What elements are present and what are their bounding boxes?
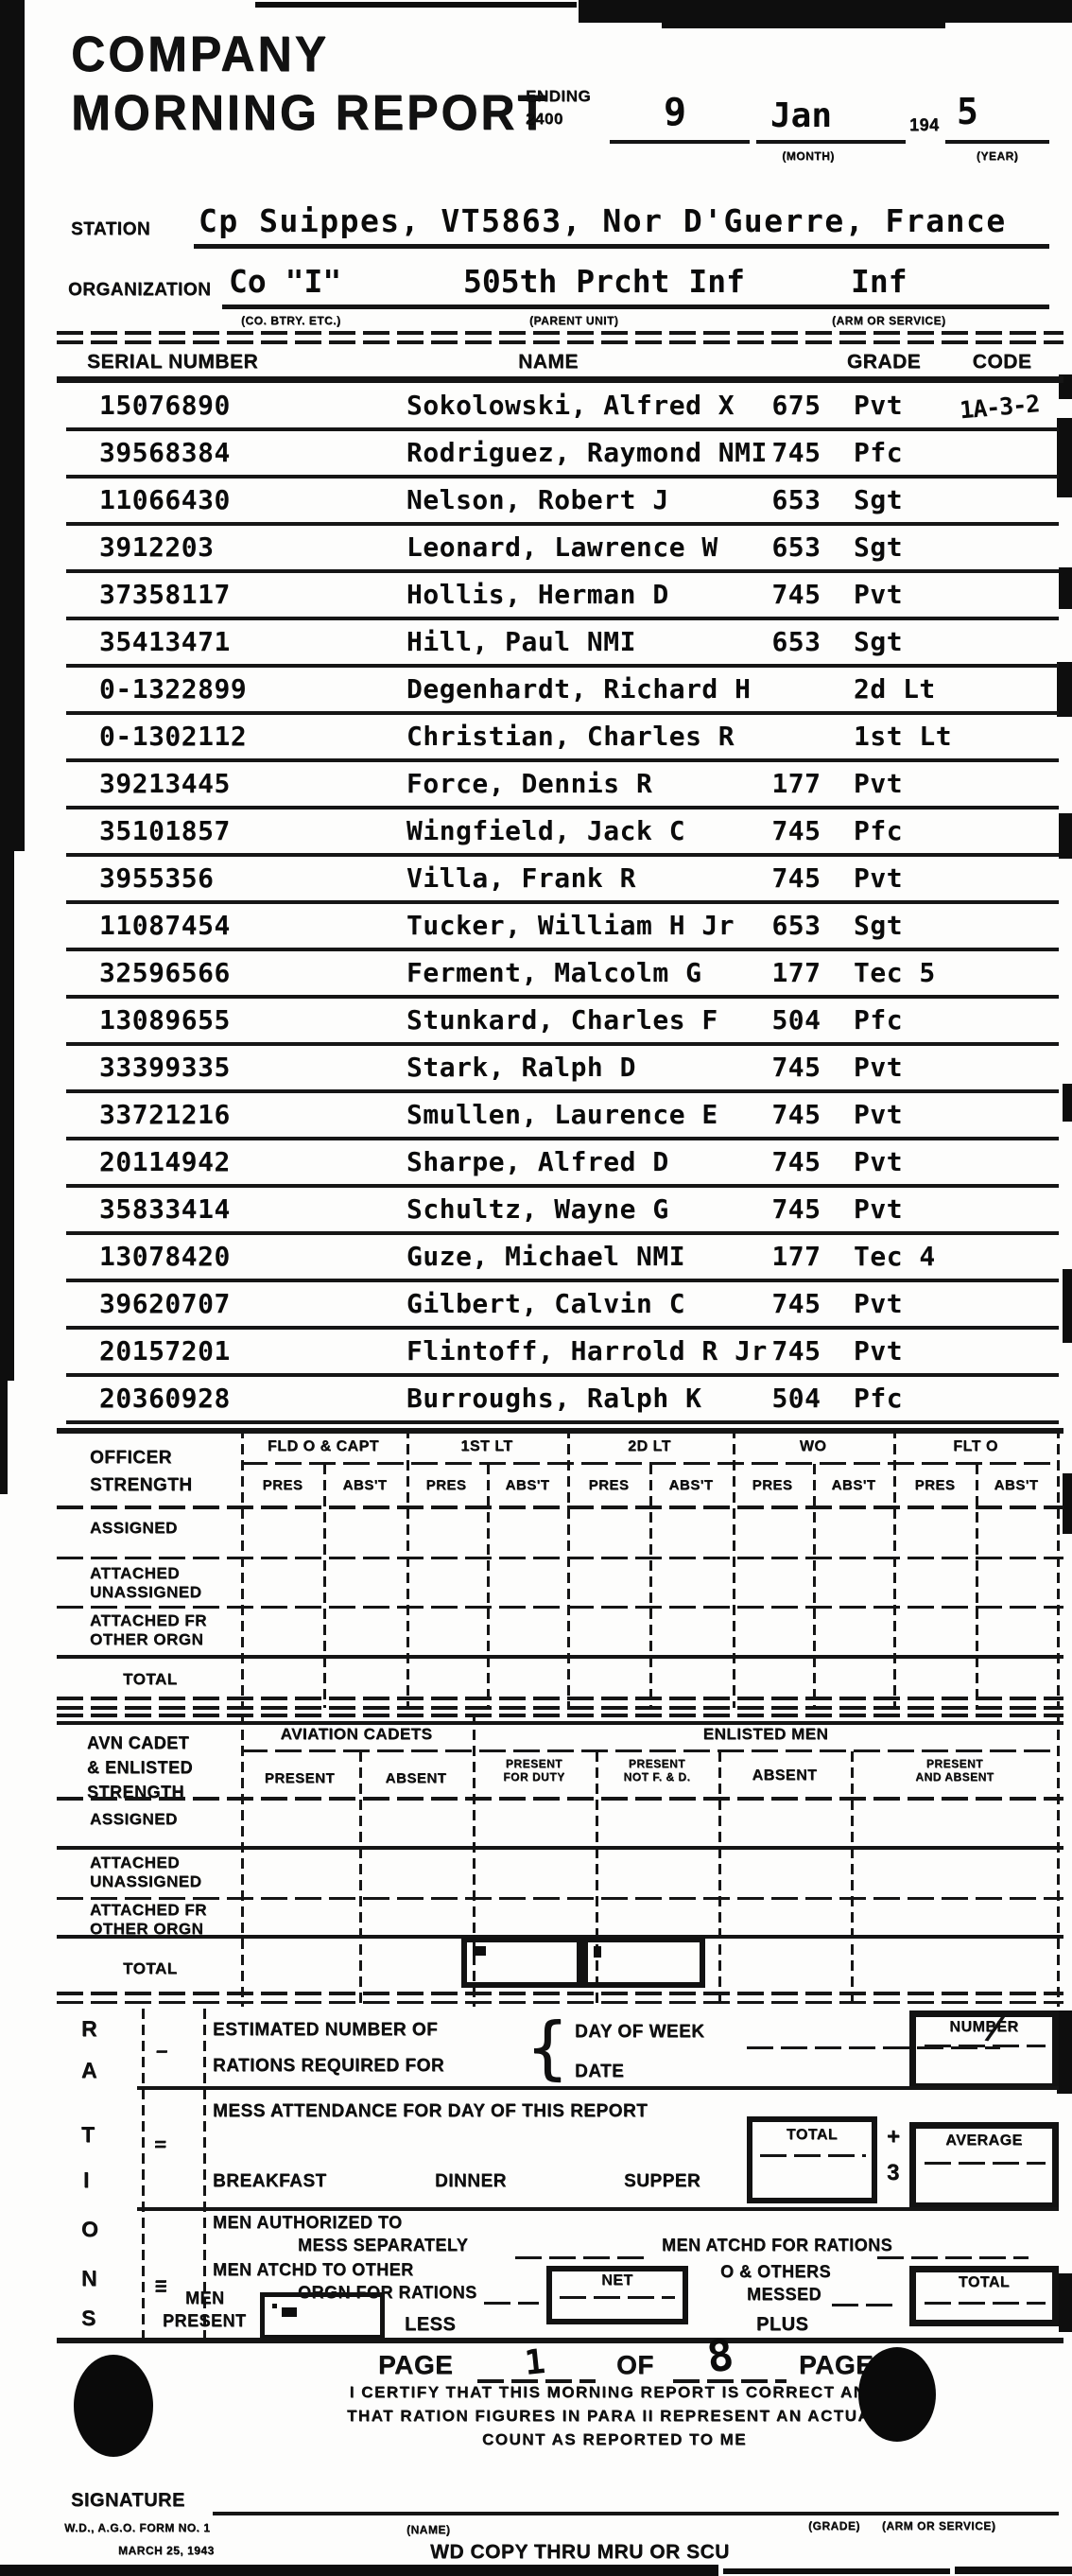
mos-cell: 177 <box>756 1244 837 1270</box>
form-date-caption: MARCH 25, 1943 <box>118 2544 215 2557</box>
enlisted-sub-divider <box>851 1751 854 2007</box>
table-row: 13089655 Stunkard, Charles F 504 Pfc <box>66 999 1059 1046</box>
total-row-handdrawn-box2 <box>582 1937 705 1988</box>
enlisted-sub-divider <box>359 1751 362 2007</box>
enlisted-sub-present-and-absent: PRESENT AND ABSENT <box>889 1757 1021 1784</box>
table-row: 39620707 Gilbert, Calvin C 745 Pvt <box>66 1282 1059 1330</box>
rations-letter-r: R <box>81 2016 97 2043</box>
mos-cell: 745 <box>756 1291 837 1317</box>
mos-cell: 745 <box>756 1149 837 1175</box>
mess-separately-label: MESS SEPARATELY <box>298 2236 468 2256</box>
enlisted-row-rule <box>57 1846 1063 1850</box>
company-caption: (CO. BTRY. ETC.) <box>241 314 341 327</box>
estimated-rations-line2: RATIONS REQUIRED FOR <box>213 2056 444 2078</box>
officer-sub-pres: PRES <box>240 1477 325 1494</box>
serial-number-cell: 32596566 <box>66 960 406 986</box>
grade-cell: Tec 5 <box>837 960 960 986</box>
name-cell: Force, Dennis R <box>406 771 756 797</box>
punch-hole-right <box>858 2347 936 2442</box>
officer-row-rule <box>57 1655 1063 1659</box>
mos-cell: 177 <box>756 771 837 797</box>
enlisted-row-rule <box>57 1897 1063 1900</box>
scan-artifact-right-nub <box>1063 1473 1072 1534</box>
month-caption: (MONTH) <box>747 149 870 163</box>
code-cell: 1A-3-2 <box>959 390 1060 422</box>
grade-cell: Sgt <box>837 534 960 561</box>
roster-header-rule <box>57 376 1063 383</box>
name-cell: Gilbert, Calvin C <box>406 1291 756 1317</box>
grade-cell: Tec 4 <box>837 1244 960 1270</box>
table-row: 32596566 Ferment, Malcolm G 177 Tec 5 <box>66 951 1059 999</box>
grade-cell: 1st Lt <box>837 723 960 750</box>
grade-cell: Pvt <box>837 1196 960 1223</box>
serial-number-cell: 35833414 <box>66 1196 406 1223</box>
grade-cell: Pvt <box>837 392 960 419</box>
rations-letter-s: S <box>81 2306 96 2332</box>
table-row: 33399335 Stark, Ralph D 745 Pvt <box>66 1046 1059 1093</box>
ending-label: ENDING <box>526 87 591 106</box>
officer-row-rule <box>57 1557 1063 1559</box>
officer-col-divider <box>733 1428 735 1708</box>
table-row: 13078420 Guze, Michael NMI 177 Tec 4 <box>66 1235 1059 1282</box>
net-box-line <box>560 2296 675 2299</box>
enlisted-sub-present-for-duty: PRESENT FOR DUTY <box>477 1757 591 1784</box>
men-present-box <box>260 2292 385 2340</box>
serial-number-cell: 35413471 <box>66 629 406 655</box>
morning-report-document: COMPANY MORNING REPORT ENDING 2400 9 Jan… <box>0 0 1072 2576</box>
breakfast-label: BREAKFAST <box>213 2171 327 2193</box>
officer-group-wo: WO <box>737 1437 889 1455</box>
year-caption: (YEAR) <box>945 149 1049 163</box>
o-and-others-label: O & OTHERS <box>720 2262 831 2283</box>
scan-artifact-left-strip <box>0 0 25 851</box>
table-row: 35101857 Wingfield, Jack C 745 Pfc <box>66 809 1059 857</box>
number-box-label: NUMBER <box>909 2018 1059 2036</box>
serial-number-cell: 33399335 <box>66 1054 406 1081</box>
punch-hole-left <box>74 2355 153 2457</box>
organization-parent-entry: 505th Prcht Inf <box>463 263 745 300</box>
table-row: 35833414 Schultz, Wayne G 745 Pvt <box>66 1188 1059 1235</box>
name-cell: Ferment, Malcolm G <box>406 960 756 986</box>
orgn-for-rations-line <box>484 2302 539 2305</box>
officer-sub-divider <box>813 1464 816 1708</box>
signature-line <box>213 2512 1059 2515</box>
enlisted-sub-present-not-fd: PRESENT NOT F. & D. <box>598 1757 716 1784</box>
men-label: MEN <box>185 2289 225 2309</box>
officer-sub-divider <box>976 1464 978 1708</box>
rations-letter-n: N <box>81 2266 97 2292</box>
name-cell: Villa, Frank R <box>406 865 756 892</box>
form-title-line2: MORNING REPORT <box>71 84 549 142</box>
mos-cell: 504 <box>756 1385 837 1412</box>
serial-number-cell: 11087454 <box>66 913 406 939</box>
scan-artifact-top-bar <box>579 0 1072 23</box>
men-present-box-dot <box>272 2304 277 2308</box>
scan-artifact-bottom-strip3 <box>955 2567 1072 2574</box>
ending-time-label: 2400 <box>526 110 563 129</box>
officer-sub-divider <box>649 1464 652 1708</box>
date-year-entry: 5 <box>957 91 978 132</box>
name-cell: Burroughs, Ralph K <box>406 1385 756 1412</box>
scan-artifact-top-thin <box>255 2 577 8</box>
handdrawn-box-mark <box>473 1946 486 1956</box>
scan-artifact-right-nub <box>1063 1269 1072 1343</box>
officer-col-divider <box>893 1428 896 1708</box>
organization-label: ORGANIZATION <box>68 280 211 302</box>
grade-arm-caption: (GRADE) (ARM OR SERVICE) <box>808 2519 995 2532</box>
officer-sub-pres: PRES <box>566 1477 651 1494</box>
organization-underline <box>222 305 1049 309</box>
handdrawn-box-mark <box>594 1946 601 1958</box>
mos-cell: 745 <box>756 865 837 892</box>
serial-number-cell: 39568384 <box>66 440 406 466</box>
scan-artifact-right-nub <box>1057 418 1072 497</box>
date-field-label: DATE <box>575 2062 624 2083</box>
men-atchd-for-rations-label: MEN ATCHD FOR RATIONS <box>662 2236 892 2256</box>
rations-section-ii: II <box>150 2140 168 2150</box>
mos-cell: 745 <box>756 1196 837 1223</box>
serial-number-cell: 39213445 <box>66 771 406 797</box>
rations-total-box-line <box>925 2302 1046 2305</box>
grade-cell: Pvt <box>837 1149 960 1175</box>
rations-total-box-label: TOTAL <box>909 2273 1059 2291</box>
total-row-handdrawn-box1 <box>461 1937 582 1988</box>
officer-sub-abst: ABS'T <box>485 1477 570 1494</box>
mess-total-box-line <box>760 2154 866 2157</box>
grade-cell: Pvt <box>837 865 960 892</box>
officer-sub-abst: ABS'T <box>648 1477 734 1494</box>
table-row: 3955356 Villa, Frank R 745 Pvt <box>66 857 1059 904</box>
table-row: 0-1322899 Degenhardt, Richard H 2d Lt <box>66 668 1059 715</box>
arm-service-caption: (ARM OR SERVICE) <box>832 314 945 327</box>
serial-number-cell: 33721216 <box>66 1102 406 1128</box>
supper-label: SUPPER <box>624 2171 700 2193</box>
date-month-entry: Jan <box>770 96 832 135</box>
roster-top-rule1 <box>57 331 1063 335</box>
officer-table-bottom-rule2 <box>57 1706 1063 1710</box>
table-row: 11087454 Tucker, William H Jr 653 Sgt <box>66 904 1059 951</box>
serial-number-cell: 3912203 <box>66 534 406 561</box>
mos-cell: 745 <box>756 1338 837 1365</box>
enlisted-strength-label: AVN CADET & ENLISTED STRENGTH <box>87 1731 193 1804</box>
men-authorized-label: MEN AUTHORIZED TO <box>213 2213 403 2234</box>
name-cell: Stunkard, Charles F <box>406 1007 756 1034</box>
average-box-label: AVERAGE <box>909 2132 1059 2150</box>
name-cell: Guze, Michael NMI <box>406 1244 756 1270</box>
enlisted-subheader-rule <box>57 1797 1063 1801</box>
pages-total-entry: 8 <box>703 2328 736 2382</box>
grade-cell: Pvt <box>837 771 960 797</box>
scan-artifact-right-nub <box>1059 813 1072 859</box>
grade-cell: Pfc <box>837 1385 960 1412</box>
officer-row-attached-fr-other: ATTACHED FR OTHER ORGN <box>90 1611 207 1650</box>
officer-group-2d-lt: 2D LT <box>574 1437 725 1455</box>
mos-cell: 745 <box>756 818 837 844</box>
mos-cell: 745 <box>756 1102 837 1128</box>
name-cell: Wingfield, Jack C <box>406 818 756 844</box>
serial-number-cell: 20360928 <box>66 1385 406 1412</box>
certification-line3: COUNT AS REPORTED TO ME <box>284 2430 945 2449</box>
average-box-line <box>925 2162 1046 2165</box>
table-row: 33721216 Smullen, Laurence E 745 Pvt <box>66 1093 1059 1140</box>
name-cell: Sharpe, Alfred D <box>406 1149 756 1175</box>
rations-letter-o: O <box>81 2217 98 2243</box>
parent-unit-caption: (PARENT UNIT) <box>529 314 618 327</box>
scan-artifact-bottom-strip2 <box>723 2568 950 2574</box>
divide-plus-sign: + <box>887 2124 901 2151</box>
officer-sub-divider <box>487 1464 490 1708</box>
mos-cell: 653 <box>756 913 837 939</box>
officer-col-divider <box>241 1428 244 1708</box>
station-underline <box>194 244 1049 249</box>
table-row: 3912203 Leonard, Lawrence W 653 Sgt <box>66 526 1059 573</box>
mess-total-box-label: TOTAL <box>747 2126 877 2144</box>
messed-line <box>832 2304 900 2306</box>
scan-artifact-right-nub <box>1057 662 1072 717</box>
of-label: OF <box>616 2349 654 2381</box>
certification-line2: THAT RATION FIGURES IN PARA II REPRESENT… <box>284 2407 945 2426</box>
men-present-box-mark <box>282 2307 297 2317</box>
serial-number-cell: 0-1322899 <box>66 676 406 703</box>
mos-cell: 653 <box>756 629 837 655</box>
rations-sec2-rule <box>137 2207 1059 2211</box>
roster-top-rule2 <box>57 340 1063 344</box>
mos-cell: 675 <box>756 392 837 419</box>
table-row: 35413471 Hill, Paul NMI 653 Sgt <box>66 620 1059 668</box>
name-cell: Degenhardt, Richard H <box>406 676 756 703</box>
officer-sub-abst: ABS'T <box>322 1477 407 1494</box>
grade-cell: Sgt <box>837 487 960 513</box>
mos-cell: 504 <box>756 1007 837 1034</box>
officer-sub-abst: ABS'T <box>974 1477 1059 1494</box>
officer-sub-abst: ABS'T <box>811 1477 896 1494</box>
grade-cell: Pvt <box>837 1291 960 1317</box>
enlisted-row-attached-fr-other: ATTACHED FR OTHER ORGN <box>90 1901 207 1940</box>
officer-table-bottom-rule1 <box>57 1697 1063 1700</box>
cadet-sub-absent: ABSENT <box>364 1770 468 1787</box>
signature-label: SIGNATURE <box>71 2489 185 2512</box>
number-box-line <box>925 2045 1046 2047</box>
roster-column-grade: GRADE <box>832 350 936 374</box>
enlisted-group-rule <box>241 1749 1059 1752</box>
enlisted-table-bottom-rule2 <box>57 2001 1063 2004</box>
name-caption: (NAME) <box>406 2523 450 2536</box>
organization-company-entry: Co "I" <box>229 263 341 300</box>
day-of-week-label: DAY OF WEEK <box>575 2022 704 2044</box>
scan-artifact-left-strip2 <box>0 851 14 1381</box>
date-day-entry: 9 <box>664 91 686 134</box>
page-number-entry: 1 <box>523 2342 547 2383</box>
men-atchd-for-rations-line <box>877 2256 1029 2259</box>
less-label: LESS <box>405 2313 456 2336</box>
name-cell: Christian, Charles R <box>406 723 756 750</box>
serial-number-cell: 3955356 <box>66 865 406 892</box>
name-cell: Rodriguez, Raymond NMI <box>406 440 756 466</box>
mos-cell: 653 <box>756 534 837 561</box>
enlisted-row-total: TOTAL <box>123 1959 178 1978</box>
officer-col-divider <box>1057 1428 1060 1708</box>
table-row: 20114942 Sharpe, Alfred D 745 Pvt <box>66 1140 1059 1188</box>
name-cell: Flintoff, Harrold R Jr <box>406 1338 756 1365</box>
roster-column-serial: SERIAL NUMBER <box>87 350 258 374</box>
rations-letter-t: T <box>81 2122 95 2149</box>
serial-number-cell: 37358117 <box>66 582 406 608</box>
name-cell: Tucker, William H Jr <box>406 913 756 939</box>
serial-number-cell: 20157201 <box>66 1338 406 1365</box>
officer-subheader-rule <box>57 1506 1063 1509</box>
officer-row-assigned: ASSIGNED <box>90 1519 178 1538</box>
plus-label: PLUS <box>756 2313 808 2336</box>
dinner-label: DINNER <box>435 2171 507 2193</box>
officer-group-fldo-capt: FLD O & CAPT <box>248 1437 399 1455</box>
serial-number-cell: 15076890 <box>66 392 406 419</box>
rations-section-i: I <box>152 2049 170 2054</box>
officer-sub-pres: PRES <box>730 1477 815 1494</box>
group-enlisted-men: ENLISTED MEN <box>662 1725 870 1744</box>
scan-artifact-right-nub <box>1057 2010 1072 2094</box>
name-cell: Hollis, Herman D <box>406 582 756 608</box>
grade-cell: Pfc <box>837 440 960 466</box>
table-row: 0-1302112 Christian, Charles R 1st Lt <box>66 715 1059 762</box>
serial-number-cell: 35101857 <box>66 818 406 844</box>
date-year-underline <box>945 140 1049 144</box>
enlisted-sub-absent: ABSENT <box>723 1767 846 1784</box>
organization-arm-entry: Inf <box>851 263 908 300</box>
form-number-caption: W.D., A.G.O. FORM NO. 1 <box>64 2521 210 2534</box>
net-box-label: NET <box>546 2271 688 2289</box>
enlisted-col-divider <box>1057 1714 1060 2007</box>
rations-letter-i: I <box>83 2167 90 2194</box>
rations-bottom-rule <box>57 2338 1063 2343</box>
mess-attendance-title: MESS ATTENDANCE FOR DAY OF THIS REPORT <box>213 2101 648 2123</box>
officer-strength-label: OFFICER STRENGTH <box>90 1445 193 1499</box>
grade-cell: Pvt <box>837 1338 960 1365</box>
serial-number-cell: 13078420 <box>66 1244 406 1270</box>
enlisted-row-assigned: ASSIGNED <box>90 1810 178 1829</box>
name-cell: Hill, Paul NMI <box>406 629 756 655</box>
enlisted-sub-divider <box>718 1751 721 2007</box>
name-cell: Stark, Ralph D <box>406 1054 756 1081</box>
scan-artifact-left-strip3 <box>0 1381 8 1494</box>
station-entry: Cp Suippes, VT5863, Nor D'Guerre, France <box>199 202 1007 239</box>
grade-cell: Pvt <box>837 582 960 608</box>
mess-separately-line <box>515 2256 648 2259</box>
officer-row-total: TOTAL <box>123 1670 178 1689</box>
rations-divider <box>142 2009 145 2338</box>
estimated-rations-line1: ESTIMATED NUMBER OF <box>213 2020 438 2042</box>
name-cell: Leonard, Lawrence W <box>406 534 756 561</box>
officer-table-top-rule <box>57 1428 1063 1434</box>
officer-col-divider <box>406 1428 409 1708</box>
certification-line1: I CERTIFY THAT THIS MORNING REPORT IS CO… <box>284 2383 945 2402</box>
table-row: 11066430 Nelson, Robert J 653 Sgt <box>66 479 1059 526</box>
messed-label: MESSED <box>747 2285 821 2306</box>
table-row: 39213445 Force, Dennis R 177 Pvt <box>66 762 1059 809</box>
serial-number-cell: 20114942 <box>66 1149 406 1175</box>
roster-column-code: CODE <box>955 350 1049 374</box>
serial-number-cell: 39620707 <box>66 1291 406 1317</box>
group-aviation-cadets: AVIATION CADETS <box>252 1725 460 1744</box>
grade-cell: Sgt <box>837 629 960 655</box>
officer-row-attached-unassigned: ATTACHED UNASSIGNED <box>90 1564 201 1603</box>
name-cell: Smullen, Laurence E <box>406 1102 756 1128</box>
officer-row-rule <box>57 1606 1063 1609</box>
grade-cell: 2d Lt <box>837 676 960 703</box>
grade-cell: Pvt <box>837 1054 960 1081</box>
grade-cell: Pvt <box>837 1102 960 1128</box>
mos-cell: 745 <box>756 1054 837 1081</box>
mos-cell: 745 <box>756 440 837 466</box>
mos-cell: 653 <box>756 487 837 513</box>
enlisted-table-bottom-rule1 <box>57 1992 1063 1995</box>
officer-sub-pres: PRES <box>404 1477 489 1494</box>
cadet-sub-present: PRESENT <box>248 1770 352 1787</box>
serial-number-cell: 13089655 <box>66 1007 406 1034</box>
scan-artifact-right-nub <box>1059 567 1072 609</box>
date-month-underline <box>756 140 906 144</box>
scan-artifact-bottom-strip <box>0 2565 718 2576</box>
mos-cell: 177 <box>756 960 837 986</box>
scan-artifact-right-nub <box>1063 1084 1072 1122</box>
officer-sub-divider <box>323 1464 326 1708</box>
divide-three: 3 <box>887 2160 900 2187</box>
scan-artifact-top-bar2 <box>662 21 945 28</box>
mos-cell: 745 <box>756 582 837 608</box>
serial-number-cell: 0-1302112 <box>66 723 406 750</box>
officer-group-1st-lt: 1ST LT <box>411 1437 562 1455</box>
enlisted-table-top-rule2 <box>57 1721 1063 1725</box>
roster-column-name: NAME <box>454 350 643 374</box>
table-row: 37358117 Hollis, Herman D 745 Pvt <box>66 573 1059 620</box>
rations-sec1-rule <box>137 2086 1059 2090</box>
brace-glyph: { <box>526 2007 569 2088</box>
form-title-line1: COMPANY <box>71 26 329 83</box>
grade-cell: Pfc <box>837 1007 960 1034</box>
enlisted-table-top-rule1 <box>57 1714 1063 1717</box>
scan-artifact-right-nub <box>1059 2273 1072 2332</box>
grade-cell: Sgt <box>837 913 960 939</box>
table-row: 20157201 Flintoff, Harrold R Jr 745 Pvt <box>66 1330 1059 1377</box>
rations-letter-a: A <box>81 2058 97 2084</box>
name-cell: Sokolowski, Alfred X <box>406 392 756 419</box>
name-cell: Schultz, Wayne G <box>406 1196 756 1223</box>
serial-number-cell: 11066430 <box>66 487 406 513</box>
officer-sub-pres: PRES <box>892 1477 977 1494</box>
table-row: 20360928 Burroughs, Ralph K 504 Pfc <box>66 1377 1059 1424</box>
page-label: PAGE <box>378 2349 453 2381</box>
copy-note: WD COPY THRU MRU OR SCU <box>430 2540 730 2564</box>
men-atchd-other-label: MEN ATCHD TO OTHER <box>213 2260 414 2281</box>
table-row: 39568384 Rodriguez, Raymond NMI 745 Pfc <box>66 431 1059 479</box>
name-cell: Nelson, Robert J <box>406 487 756 513</box>
rations-section-iii: III <box>151 2279 169 2293</box>
enlisted-col-divider <box>241 1714 244 2007</box>
officer-col-divider <box>567 1428 570 1708</box>
grade-cell: Pfc <box>837 818 960 844</box>
date-day-underline <box>610 140 750 144</box>
roster-table: 15076890 Sokolowski, Alfred X 675 Pvt 1A… <box>66 384 1059 1424</box>
year-prefix-label: 194 <box>909 115 940 136</box>
officer-group-flt-o: FLT O <box>900 1437 1051 1455</box>
station-label: STATION <box>71 219 150 241</box>
present-label: PRESENT <box>163 2311 247 2332</box>
table-row: 15076890 Sokolowski, Alfred X 675 Pvt 1A… <box>66 384 1059 431</box>
enlisted-row-attached-unassigned: ATTACHED UNASSIGNED <box>90 1854 201 1892</box>
